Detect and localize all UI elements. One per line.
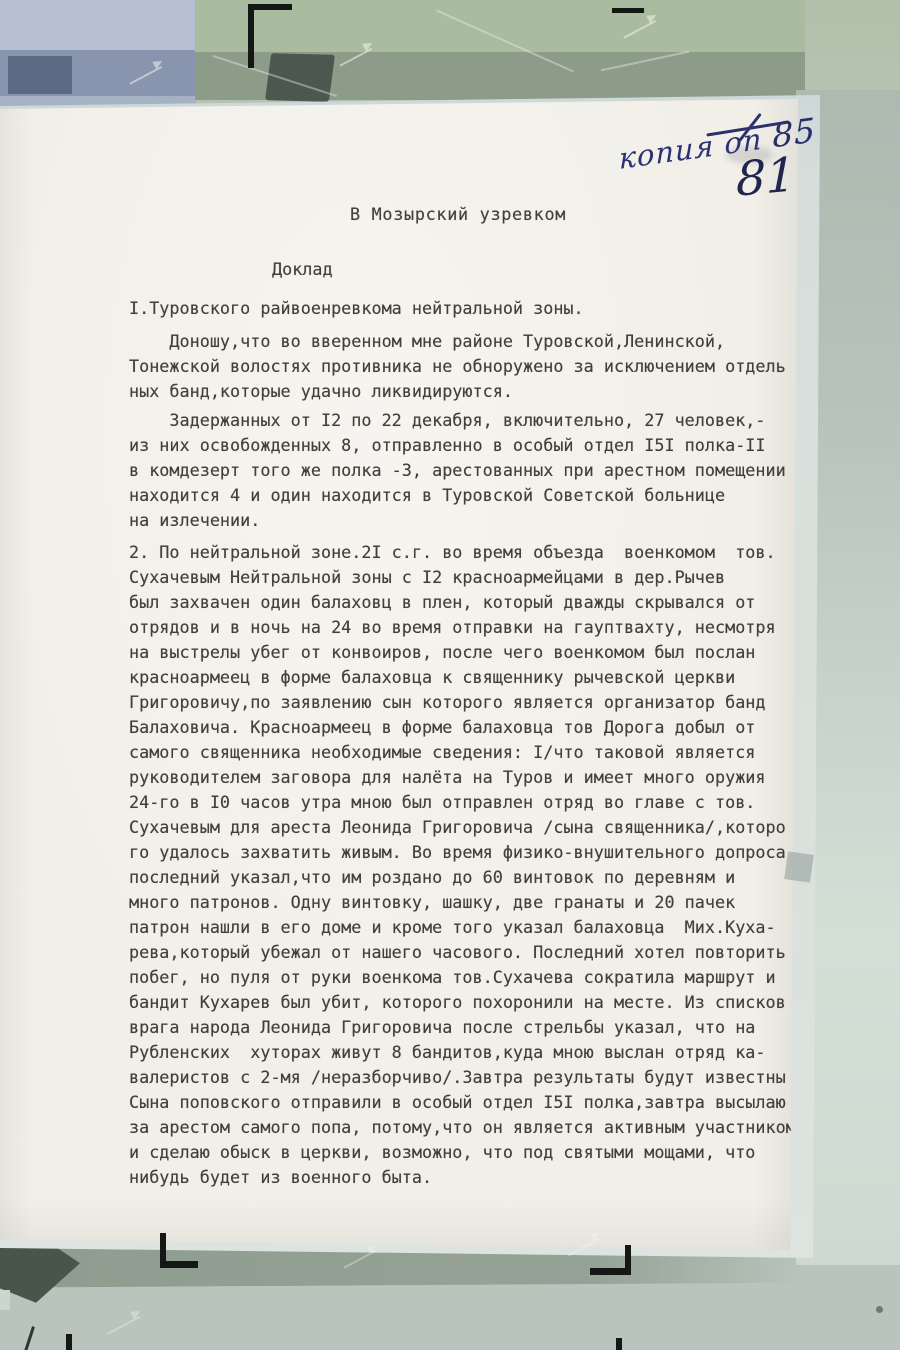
typed-line: Григоровичу,по заявлению сын которого яв… [129,690,796,715]
typed-line: много патронов. Одну винтовку, шашку, дв… [129,890,796,915]
document-page: В Мозырский узревком Доклад I.Туровского… [0,0,810,1262]
watermark-icon [105,1309,143,1333]
typed-line: нибудь будет из военного быта. [129,1165,796,1190]
typed-line: самого священника необходимые сведения: … [129,740,796,765]
paragraph-2: Задержанных от I2 по 22 декабря, включит… [129,408,786,533]
section2-paragraph: 2. По нейтральной зоне.2I с.г. во время … [129,540,796,1190]
document-heading: В Мозырский узревком [350,202,566,227]
typed-line: валеристов с 2-мя /неразборчиво/.Завтра … [129,1065,796,1090]
scan-speck [876,1306,883,1313]
report-label: Доклад [272,257,333,282]
typed-line: был захвачен один балаховц в плен, котор… [129,590,796,615]
typed-line: ных банд,которые удачно ликвидируются. [129,379,786,404]
handwritten-page-number: 81 [736,147,796,207]
typed-line: врага народа Леонида Григоровича после с… [129,1015,796,1040]
typed-line: Сухачевым Нейтральной зоны с I2 красноар… [129,565,796,590]
section1-heading: I.Туровского райвоенревкома нейтральной … [129,296,584,321]
crop-mark-bottom-edge-stub [616,1338,622,1350]
crop-mark-top-horizontal [248,4,292,10]
typed-line: побег, но пуля от руки военкома тов.Суха… [129,965,796,990]
tape-fragment [265,53,335,102]
typed-line: Сухачевым для ареста Леонида Григоровича… [129,815,796,840]
typed-line: го удалось захватить живым. Во время физ… [129,840,796,865]
typed-line: отрядов и в ночь на 24 во время отправки… [129,615,796,640]
typed-line: 2. По нейтральной зоне.2I с.г. во время … [129,540,796,565]
crop-mark-bottom-left-horizontal [160,1261,198,1268]
typed-line: Балаховича. Красноармеец в форме балахов… [129,715,796,740]
crop-mark-bottom-right-horizontal [590,1268,631,1275]
typed-line: из них освобожденных 8, отправленно в ос… [129,433,786,458]
typed-line: Доношу,что во вверенном мне районе Туров… [129,329,786,354]
typed-line: Задержанных от I2 по 22 декабря, включит… [129,408,786,433]
typed-line: Тонежской волостях противника не обноруж… [129,354,786,379]
crop-mark-bottom-edge-stub [66,1334,72,1350]
typed-line: красноармеец в форме балаховца к священн… [129,665,796,690]
typed-line: последний указал,что им роздано до 60 ви… [129,865,796,890]
typed-line: и сделаю обыск в церкви, возможно, что п… [129,1140,796,1165]
scan-artifact-light-sliver [0,1290,10,1310]
typed-line: Рубленских хуторах живут 8 бандитов,куда… [129,1040,796,1065]
typed-line: руководителем заговора для налёта на Тур… [129,765,796,790]
typed-line: Сына поповского отправили в особый отдел… [129,1090,796,1115]
typed-line: рева,который убежал от нашего часового. … [129,940,796,965]
typed-line: на излечении. [129,508,786,533]
scratch-line [24,1326,35,1350]
scan-artifact-edge-tab [784,851,814,882]
typed-line: находится 4 и один находится в Туровской… [129,483,786,508]
scan-artifact-navy-patch [8,56,72,94]
typed-line: бандит Кухарев был убит, которого похоро… [129,990,796,1015]
typed-line: на выстрелы убег от конвоиров, после чег… [129,640,796,665]
typed-line: 24-го в I0 часов утра мною был отправлен… [129,790,796,815]
paragraph-1: Доношу,что во вверенном мне районе Туров… [129,329,786,404]
crop-mark-top-dash [612,8,644,13]
scan-artifact-blue-area [0,0,196,54]
typed-line: в комдезерт того же полка -3, арестованн… [129,458,786,483]
typed-line: за арестом самого попа, потому,что он яв… [129,1115,796,1140]
scanned-document: В Мозырский узревком Доклад I.Туровского… [0,0,900,1350]
typed-line: патрон нашли в его доме и кроме того ука… [129,915,796,940]
crop-mark-top-vertical [248,4,254,68]
